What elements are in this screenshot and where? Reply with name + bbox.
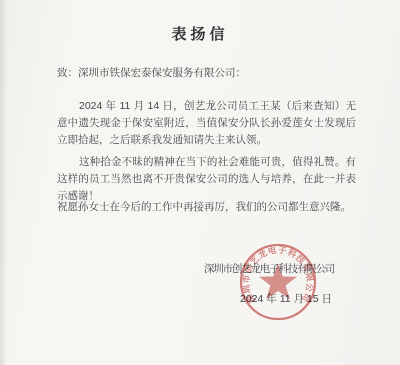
commendation-letter-page: 表扬信 致：深圳市铁保宏泰保安服务有限公司： 2024 年 11 月 14 日，… [0, 0, 400, 365]
company-seal-stamp: 深圳市创艺龙电子科技有限公司 [238, 242, 318, 322]
closing-wish-line: 祝愿孙女士在今后的工作中再接再厉，我们的公司都生意兴隆。 [57, 199, 356, 216]
recipient-line: 致：深圳市铁保宏泰保安服务有限公司： [57, 65, 246, 82]
body-paragraph-1: 2024 年 11 月 14 日，创艺龙公司员工王某（后来查知）无意中遗失现金于… [57, 98, 356, 149]
body-paragraph-2: 这种拾金不昧的精神在当下的社会难能可贵，值得礼赞。有这样的员工当然也离不开贵保安… [57, 154, 356, 205]
seal-star-icon [259, 263, 297, 299]
letter-title: 表扬信 [0, 23, 400, 44]
